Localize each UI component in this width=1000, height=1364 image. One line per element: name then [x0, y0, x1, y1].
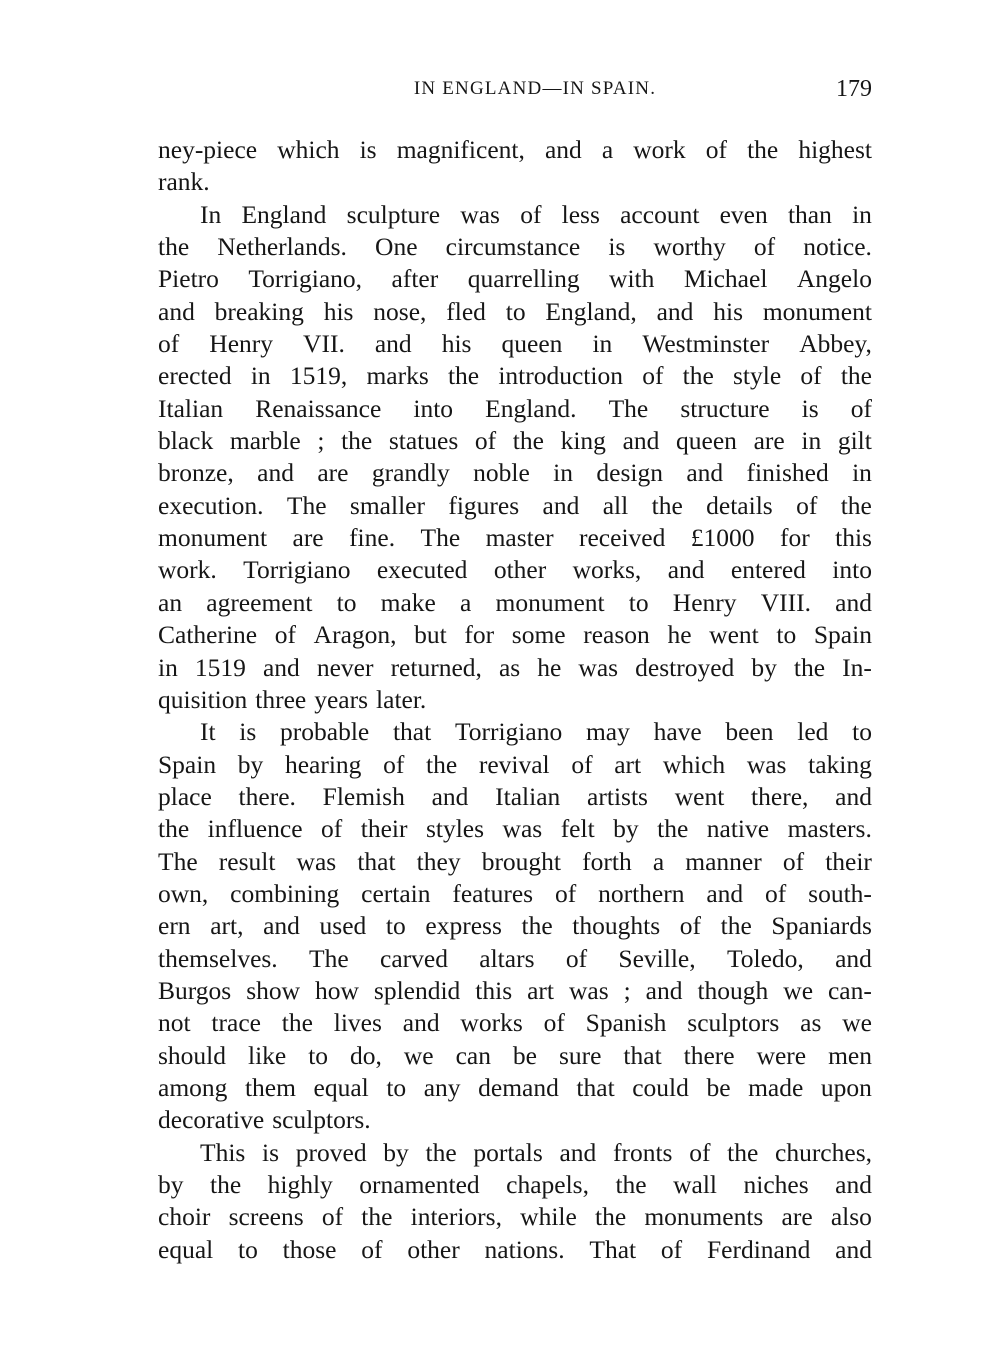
text-line: anagreementtomakeamonumenttoHenryVIII.an…: [158, 587, 872, 619]
page-number: 179: [836, 76, 872, 103]
text-line: bronze,andaregrandlynobleindesignandfini…: [158, 457, 872, 489]
text-line: Burgosshowhowsplendidthisartwas;andthoug…: [158, 975, 872, 1007]
paragraph: ItisprobablethatTorrigianomayhavebeenled…: [158, 716, 872, 1136]
text-line: amongthemequaltoanydemandthatcouldbemade…: [158, 1072, 872, 1104]
text-line: equaltothoseofothernations.ThatofFerdina…: [158, 1234, 872, 1266]
paragraph: Thisisprovedbytheportalsandfrontsofthech…: [158, 1137, 872, 1266]
text-line: Spainbyhearingoftherevivalofartwhichwast…: [158, 749, 872, 781]
text-line: ItalianRenaissanceintoEngland.Thestructu…: [158, 393, 872, 425]
text-line: execution.Thesmallerfiguresandallthedeta…: [158, 490, 872, 522]
text-line: quisitionthreeyearslater.: [158, 684, 872, 716]
text-line: nottracethelivesandworksofSpanishsculpto…: [158, 1007, 872, 1039]
text-line: choirscreensoftheinteriors,whilethemonum…: [158, 1201, 872, 1233]
text-line: Thisisprovedbytheportalsandfrontsofthech…: [158, 1137, 872, 1169]
text-line: blackmarble;thestatuesofthekingandqueena…: [158, 425, 872, 457]
body-text: ney-piecewhichismagnificent,andaworkofth…: [158, 134, 872, 1266]
text-line: InEnglandsculpturewasoflessaccounteventh…: [158, 199, 872, 231]
running-head: IN ENGLAND—IN SPAIN.: [158, 78, 872, 100]
text-line: theNetherlands.Onecircumstanceisworthyof…: [158, 231, 872, 263]
text-line: PietroTorrigiano,afterquarrellingwithMic…: [158, 263, 872, 295]
text-line: CatherineofAragon,butforsomereasonhewent…: [158, 619, 872, 651]
text-line: ernart,andusedtoexpressthethoughtsoftheS…: [158, 910, 872, 942]
text-line: shouldliketodo,wecanbesurethattherewerem…: [158, 1040, 872, 1072]
text-line: ney-piecewhichismagnificent,andaworkofth…: [158, 134, 872, 166]
text-line: placethere.FlemishandItalianartistswentt…: [158, 781, 872, 813]
text-line: themselves.ThecarvedaltarsofSeville,Tole…: [158, 943, 872, 975]
page-header: IN ENGLAND—IN SPAIN. 179: [158, 78, 872, 108]
text-line: ItisprobablethatTorrigianomayhavebeenled…: [158, 716, 872, 748]
text-line: bythehighlyornamentedchapels,thewallnich…: [158, 1169, 872, 1201]
text-line: decorativesculptors.: [158, 1104, 872, 1136]
text-line: ofHenryVII.andhisqueeninWestminsterAbbey…: [158, 328, 872, 360]
text-line: andbreakinghisnose,fledtoEngland,andhism…: [158, 296, 872, 328]
text-line: own,combiningcertainfeaturesofnorthernan…: [158, 878, 872, 910]
text-line: monumentarefine.Themasterreceived£1000fo…: [158, 522, 872, 554]
text-line: rank.: [158, 166, 872, 198]
text-line: in1519andneverreturned,ashewasdestroyedb…: [158, 652, 872, 684]
text-line: Theresultwasthattheybroughtforthamannero…: [158, 846, 872, 878]
paragraph: InEnglandsculpturewasoflessaccounteventh…: [158, 199, 872, 717]
paragraph: ney-piecewhichismagnificent,andaworkofth…: [158, 134, 872, 199]
text-line: work.Torrigianoexecutedotherworks,andent…: [158, 554, 872, 586]
text-line: erectedin1519,markstheintroductionofthes…: [158, 360, 872, 392]
text-line: theinfluenceoftheirstyleswasfeltbythenat…: [158, 813, 872, 845]
